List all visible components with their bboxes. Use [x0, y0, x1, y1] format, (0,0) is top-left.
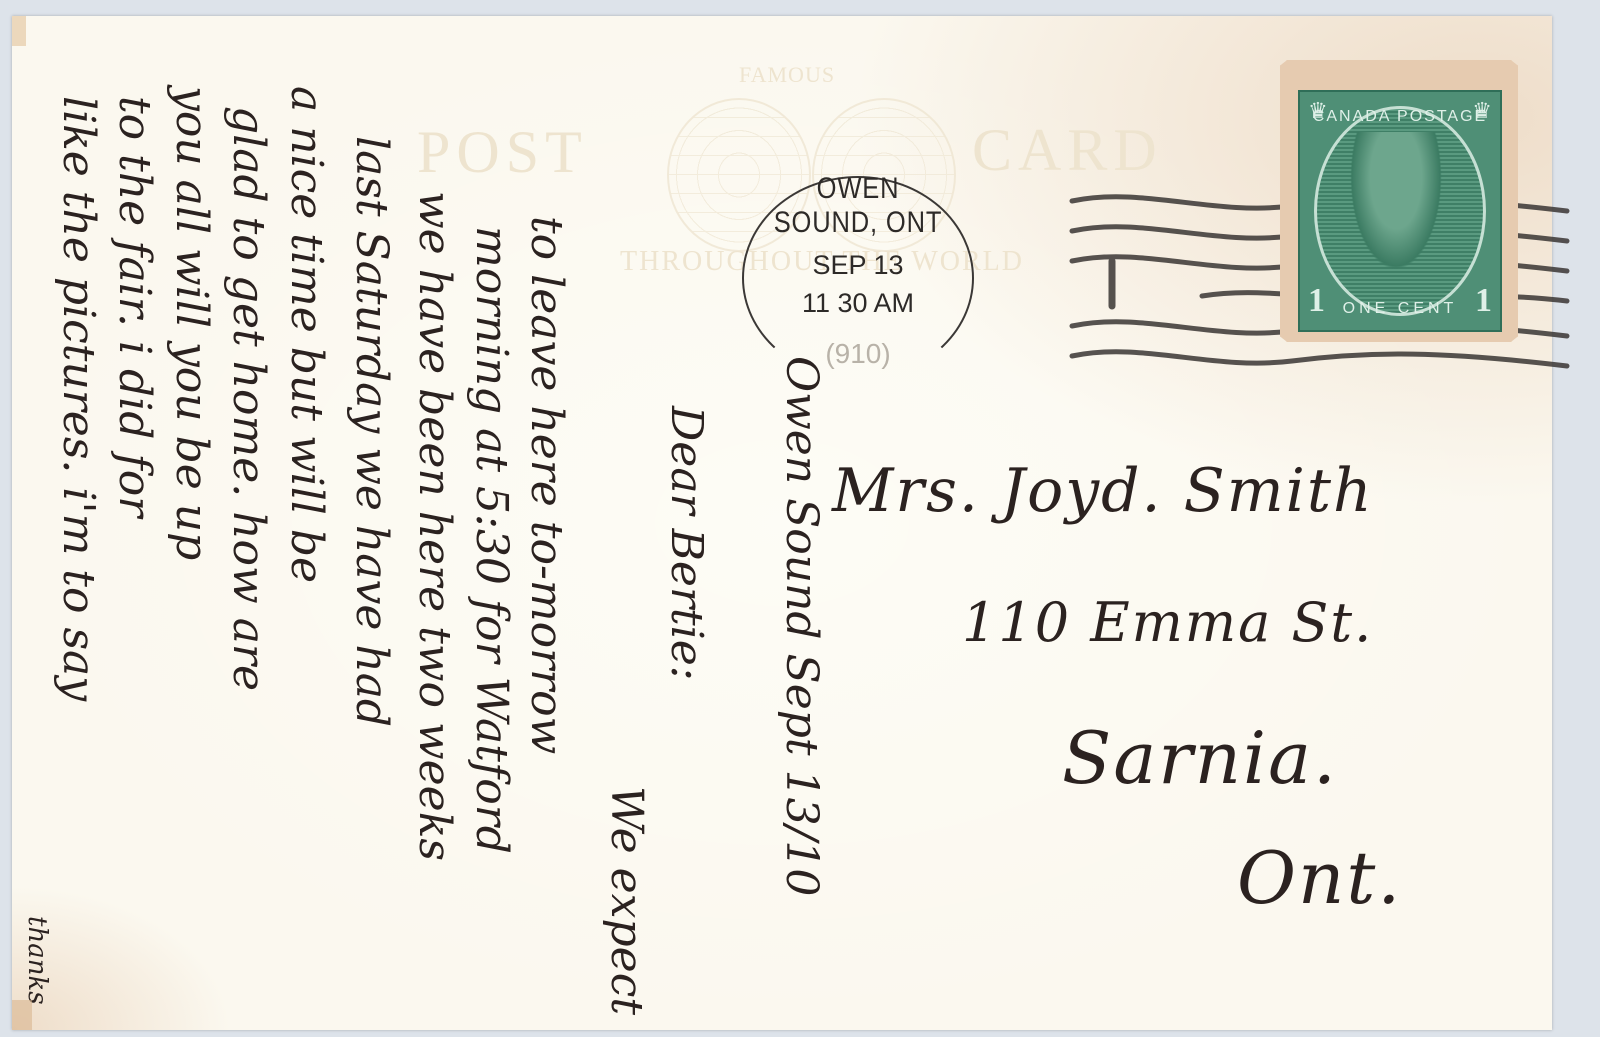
- address-city: Sarnia.: [1062, 716, 1338, 800]
- message-line: thanks: [22, 916, 52, 1005]
- message-line: a nice time but will be: [281, 86, 332, 583]
- message-line: morning at 5:30 for Watford: [466, 226, 517, 854]
- postage-stamp: ♛ ♛ CANADA POSTAGE ONE CENT 1 1: [1280, 60, 1518, 342]
- stamp-country: CANADA POSTAGE: [1300, 108, 1500, 126]
- message-line: glad to get home. how are: [223, 106, 274, 691]
- printed-famous: FAMOUS: [739, 62, 835, 88]
- postmark-year: (910): [744, 338, 972, 370]
- address-province: Ont.: [1237, 836, 1402, 920]
- postmark: OWEN SOUND, ONT SEP 13 11 30 AM (910): [742, 176, 974, 380]
- message-line: We expect: [601, 786, 652, 1015]
- stamp-value-left: 1: [1308, 282, 1325, 320]
- message-line: we have been here two weeks: [409, 191, 460, 861]
- printed-card: CARD: [972, 116, 1163, 185]
- message-line: to leave here to-morrow: [521, 216, 572, 754]
- postmark-date: SEP 13: [744, 250, 972, 281]
- postcard-back: FAMOUS POST CARD THROUGHOUT THE WORLD Ow…: [12, 16, 1552, 1030]
- postmark-town: OWEN SOUND, ONT: [761, 172, 955, 240]
- address-street: 110 Emma St.: [962, 591, 1373, 654]
- message-line: Owen Sound Sept 13/10: [776, 356, 827, 896]
- message-line: you all will you be up: [166, 86, 217, 560]
- message-line: Dear Bertie:: [661, 406, 712, 681]
- address-name: Mrs. Joyd. Smith: [832, 456, 1374, 526]
- postmark-time: 11 30 AM: [744, 288, 972, 319]
- king-portrait-icon: [1344, 132, 1448, 282]
- message-line: last Saturday we have had: [346, 136, 397, 727]
- stamp-denomination: ONE CENT: [1300, 300, 1500, 318]
- message-line: like the pictures. i'm to say: [53, 96, 104, 701]
- printed-post: POST: [417, 118, 588, 187]
- stamp-value-right: 1: [1475, 282, 1492, 320]
- message-line: to the fair. i did for: [109, 96, 160, 517]
